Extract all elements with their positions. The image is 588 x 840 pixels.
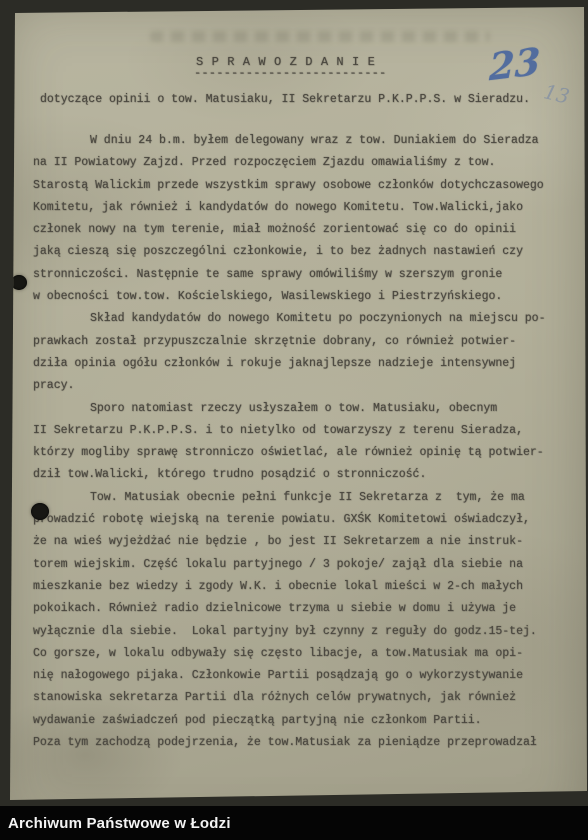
typewritten-line: wyłącznie dla siebie. Lokal partyjny był… <box>33 621 567 643</box>
typewritten-line: w obecności tow.tow. Kościelskiego, Wasi… <box>33 286 567 308</box>
typewritten-line: nię nałogowego pijaka. Członkowie Partii… <box>33 665 567 687</box>
archive-name: Archiwum Państwowe w Łodzi <box>0 815 231 832</box>
pencil-page-number: 13 <box>541 79 572 108</box>
typewritten-line: na II Powiatowy Zajzd. Przed rozpoczęcie… <box>33 152 567 174</box>
title-underline: -------------------------- <box>194 66 386 80</box>
paragraph-3: Sporo natomiast rzeczy usłyszałem o tow.… <box>33 398 567 487</box>
typewritten-line: Sporo natomiast rzeczy usłyszałem o tow.… <box>33 398 567 420</box>
typewritten-line: wydawanie zaświadczeń pod pieczątką part… <box>33 710 567 732</box>
typewritten-line: stronniczości. Następnie te same sprawy … <box>33 264 567 286</box>
typewritten-line: Poza tym zachodzą podejrzenia, że tow.Ma… <box>33 732 567 754</box>
typewritten-line: Komitetu, jak również i kandydatów do no… <box>33 197 567 219</box>
typewritten-line: Tow. Matusiak obecnie pełni funkcje II S… <box>33 487 567 509</box>
typewritten-line: mieszkanie bez wiedzy i zgody W.K. i obe… <box>33 576 567 598</box>
paragraph-1: W dniu 24 b.m. byłem delegowany wraz z t… <box>33 130 567 308</box>
typewritten-line: torem wiejskim. Część lokalu partyjnego … <box>33 554 567 576</box>
typewritten-line: stanowiska sekretarza Partii dla różnych… <box>33 687 567 709</box>
paragraph-2: Skład kandydatów do nowego Komitetu po p… <box>33 308 567 397</box>
typewritten-line: dziła opinia ogółu członków i rokuje jak… <box>33 353 567 375</box>
hole-punch <box>11 275 27 290</box>
archive-watermark-bar: Archiwum Państwowe w Łodzi <box>0 806 588 840</box>
ink-bleed-ghost <box>150 31 490 42</box>
typewritten-line: pokoikach. Również radio dzielnicowe trz… <box>33 598 567 620</box>
paragraph-4: Tow. Matusiak obecnie pełni funkcje II S… <box>33 487 567 755</box>
typewritten-line: Starostą Walickim przede wszystkim spraw… <box>33 175 567 197</box>
typewritten-line: II Sekretarzu P.K.P.P.S. i to nietylko o… <box>33 420 567 442</box>
typewritten-line: jaką cieszą się poszczególni członkowie,… <box>33 241 567 263</box>
typewritten-line: Co gorsze, w lokalu odbywały się często … <box>33 643 567 665</box>
typewritten-line: prowadzić robotę wiejską na terenie powi… <box>33 509 567 531</box>
typewritten-line: którzy mogliby sprawę stronniczo oświetl… <box>33 442 567 464</box>
handwritten-page-number: 23 <box>489 39 541 90</box>
typewritten-line: dził tow.Walicki, którego trudno posądzi… <box>33 464 567 486</box>
typewritten-line: prawkach został przypuszczalnie skrzętni… <box>33 331 567 353</box>
typewritten-line: Skład kandydatów do nowego Komitetu po p… <box>33 308 567 330</box>
typewritten-line: członek nowy na tym terenie, miał możnoś… <box>33 219 567 241</box>
typewritten-line: pracy. <box>33 375 567 397</box>
paper-sheet: S P R A W O Z D A N I E ----------------… <box>0 0 588 840</box>
document-body: W dniu 24 b.m. byłem delegowany wraz z t… <box>33 130 567 754</box>
typewritten-line: W dniu 24 b.m. byłem delegowany wraz z t… <box>33 130 567 152</box>
typewritten-line: że na wieś wyjeżdżać nie będzie , bo jes… <box>33 531 567 553</box>
report-subtitle: dotyczące opinii o tow. Matusiaku, II Se… <box>40 93 530 106</box>
hole-punch <box>31 503 49 520</box>
scanned-document: S P R A W O Z D A N I E ----------------… <box>0 0 588 840</box>
